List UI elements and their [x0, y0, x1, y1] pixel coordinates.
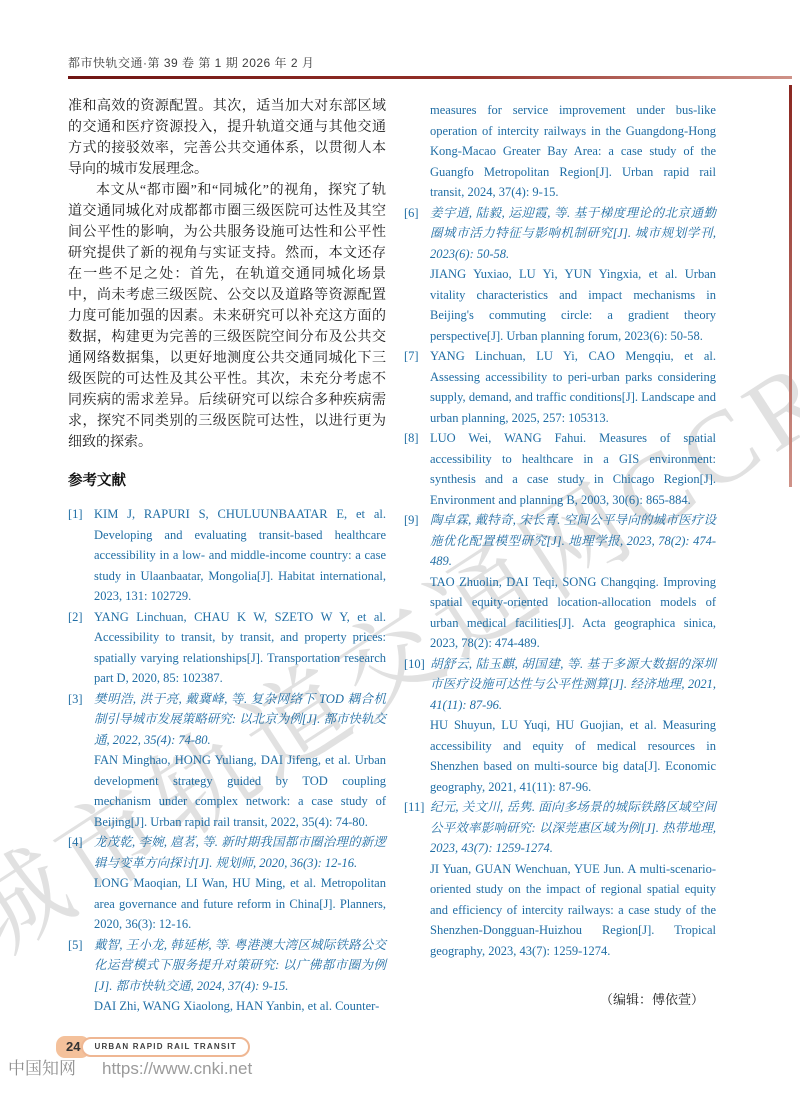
reference-number: [7] [404, 346, 430, 367]
reference-number: [10] [404, 654, 430, 675]
reference-text: 胡舒云, 陆玉麒, 胡国建, 等. 基于多源大数据的深圳市医疗设施可达性与公平性… [430, 654, 716, 798]
reference-number: [9] [404, 510, 430, 531]
editor-note: （编辑：傅依萱） [404, 989, 716, 1008]
right-margin-rule [789, 85, 792, 487]
reference-item: measures for service improvement under b… [404, 100, 716, 203]
journal-header: 都市快轨交通·第 39 卷 第 1 期 2026 年 2 月 [68, 54, 314, 71]
references-heading: 参考文献 [68, 469, 386, 490]
left-column: 准和高效的资源配置。其次，适当加大对东部区域的交通和医疗资源投入，提升轨道交通与… [68, 96, 386, 1017]
reference-number: [2] [68, 607, 94, 628]
reference-number: [11] [404, 797, 430, 818]
reference-text: YANG Linchuan, LU Yi, CAO Mengqiu, et al… [430, 346, 716, 428]
reference-text: 戴智, 王小龙, 韩延彬, 等. 粤港澳大湾区城际铁路公交化运营模式下服务提升对… [94, 935, 386, 1017]
reference-item: [3]樊明浩, 洪于亮, 戴冀峰, 等. 复杂网络下 TOD 耦合机制引导城市发… [68, 689, 386, 833]
reference-list-left: [1]KIM J, RAPURI S, CHULUUNBAATAR E, et … [68, 504, 386, 1017]
reference-text: 陶卓霖, 戴特奇, 宋长青. 空间公平导向的城市医疗设施优化配置模型研究[J].… [430, 510, 716, 654]
journal-name-pill: URBAN RAPID RAIL TRANSIT [81, 1037, 249, 1057]
reference-text: measures for service improvement under b… [430, 100, 716, 203]
reference-number: [5] [68, 935, 94, 956]
body-paragraph-2: 本文从“都市圈”和“同城化”的视角，探究了轨道交通同城化对成都都市圈三级医院可达… [68, 180, 386, 453]
reference-item: [5]戴智, 王小龙, 韩延彬, 等. 粤港澳大湾区城际铁路公交化运营模式下服务… [68, 935, 386, 1017]
reference-text: LUO Wei, WANG Fahui. Measures of spatial… [430, 428, 716, 510]
reference-item: [2]YANG Linchuan, CHAU K W, SZETO W Y, e… [68, 607, 386, 689]
reference-text: 樊明浩, 洪于亮, 戴冀峰, 等. 复杂网络下 TOD 耦合机制引导城市发展策略… [94, 689, 386, 833]
body-paragraph-1: 准和高效的资源配置。其次，适当加大对东部区域的交通和医疗资源投入，提升轨道交通与… [68, 96, 386, 180]
reference-list-right: measures for service improvement under b… [404, 100, 716, 961]
reference-item: [7]YANG Linchuan, LU Yi, CAO Mengqiu, et… [404, 346, 716, 428]
right-column: measures for service improvement under b… [404, 100, 716, 1008]
reference-number: [1] [68, 504, 94, 525]
reference-text: 纪元, 关文川, 岳隽. 面向多场景的城际铁路区域空间公平效率影响研究: 以深莞… [430, 797, 716, 961]
reference-text: YANG Linchuan, CHAU K W, SZETO W Y, et a… [94, 607, 386, 689]
cnki-url: https://www.cnki.net [102, 1059, 252, 1079]
reference-text: 姜宇逍, 陆毅, 运迎霞, 等. 基于梯度理论的北京通勤圈城市活力特征与影响机制… [430, 203, 716, 347]
reference-text: KIM J, RAPURI S, CHULUUNBAATAR E, et al.… [94, 504, 386, 607]
reference-text: 龙茂乾, 李婉, 扈茗, 等. 新时期我国都市圈治理的新逻辑与变革方向探讨[J]… [94, 832, 386, 935]
reference-item: [4]龙茂乾, 李婉, 扈茗, 等. 新时期我国都市圈治理的新逻辑与变革方向探讨… [68, 832, 386, 935]
footer-badge: 24 URBAN RAPID RAIL TRANSIT [56, 1036, 250, 1058]
reference-number: [6] [404, 203, 430, 224]
header-rule [68, 76, 792, 79]
reference-item: [11]纪元, 关文川, 岳隽. 面向多场景的城际铁路区域空间公平效率影响研究:… [404, 797, 716, 961]
reference-number: [8] [404, 428, 430, 449]
reference-number: [3] [68, 689, 94, 710]
reference-item: [8]LUO Wei, WANG Fahui. Measures of spat… [404, 428, 716, 510]
reference-item: [6]姜宇逍, 陆毅, 运迎霞, 等. 基于梯度理论的北京通勤圈城市活力特征与影… [404, 203, 716, 347]
reference-item: [1]KIM J, RAPURI S, CHULUUNBAATAR E, et … [68, 504, 386, 607]
reference-number: [4] [68, 832, 94, 853]
reference-item: [10]胡舒云, 陆玉麒, 胡国建, 等. 基于多源大数据的深圳市医疗设施可达性… [404, 654, 716, 798]
reference-item: [9]陶卓霖, 戴特奇, 宋长青. 空间公平导向的城市医疗设施优化配置模型研究[… [404, 510, 716, 654]
